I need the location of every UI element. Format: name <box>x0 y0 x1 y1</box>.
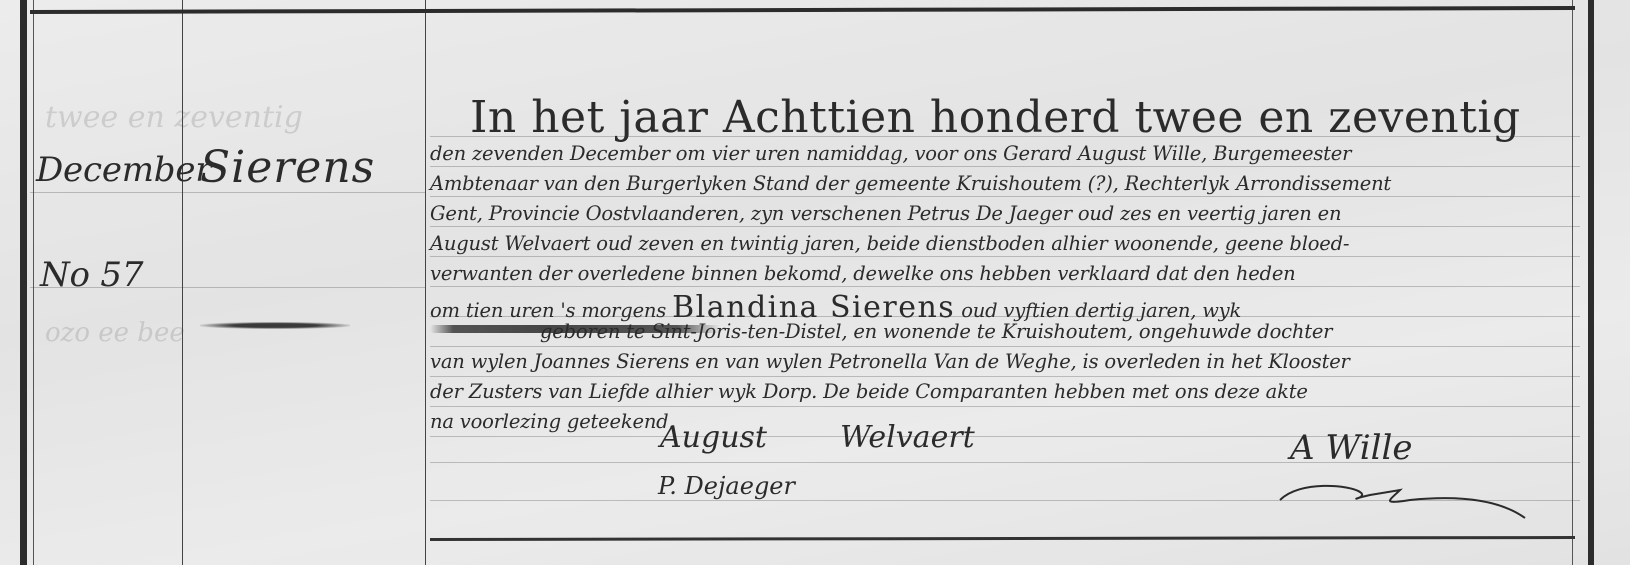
ink-blot <box>200 322 350 329</box>
left-border-thick <box>20 0 27 565</box>
bleed-through-text: twee en zeventig <box>45 100 303 135</box>
body-line-10: na voorlezing geteekend. <box>430 410 674 433</box>
margin-surname: Sierens <box>200 142 375 193</box>
body-line-3: Gent, Provincie Oostvlaanderen, zyn vers… <box>430 202 1341 225</box>
signature-official: A Wille <box>1290 428 1412 468</box>
writing-line <box>430 226 1580 227</box>
writing-line <box>430 376 1580 377</box>
column-divider-1 <box>182 0 183 565</box>
body-line-5: verwanten der overledene binnen bekomd, … <box>430 262 1296 285</box>
writing-line <box>430 346 1580 347</box>
right-border-thin <box>1572 0 1573 565</box>
entry-opening-line: In het jaar Achttien honderd twee en zev… <box>470 92 1521 143</box>
signature-witness-2: P. Dejaeger <box>658 472 795 500</box>
top-rule <box>30 6 1575 14</box>
body-line-2: Ambtenaar van den Burgerlyken Stand der … <box>430 172 1391 195</box>
age-phrase: oud vyftien dertig jaren, wyk <box>961 299 1241 322</box>
bleed-through-text: ozo ee bee <box>45 318 185 348</box>
column-divider-2 <box>425 0 426 565</box>
body-line-8: van wylen Joannes Sierens en van wylen P… <box>430 350 1350 373</box>
body-line-1: den zevenden December om vier uren namid… <box>430 142 1351 165</box>
margin-month: December <box>36 150 211 190</box>
time-phrase: om tien uren 's morgens <box>430 299 666 322</box>
writing-line <box>430 196 1580 197</box>
writing-line <box>430 406 1580 407</box>
signature-witness-1-first: August <box>660 420 767 455</box>
left-border-thin <box>33 0 34 565</box>
right-border-thick <box>1588 0 1594 565</box>
writing-line <box>430 166 1580 167</box>
writing-line <box>430 256 1580 257</box>
body-line-7: geboren te Sint-Joris-ten-Distel, en won… <box>540 320 1332 343</box>
body-line-9: der Zusters van Liefde alhier wyk Dorp. … <box>430 380 1308 403</box>
bottom-rule <box>430 536 1575 541</box>
body-line-4: August Welvaert oud zeven en twintig jar… <box>430 232 1349 255</box>
writing-line <box>430 286 1580 287</box>
signature-witness-1-last: Welvaert <box>840 420 975 455</box>
entry-number: No 57 <box>40 255 143 295</box>
signature-flourish <box>1260 470 1540 520</box>
register-page: twee en zeventig ozo ee bee December No … <box>0 0 1630 565</box>
